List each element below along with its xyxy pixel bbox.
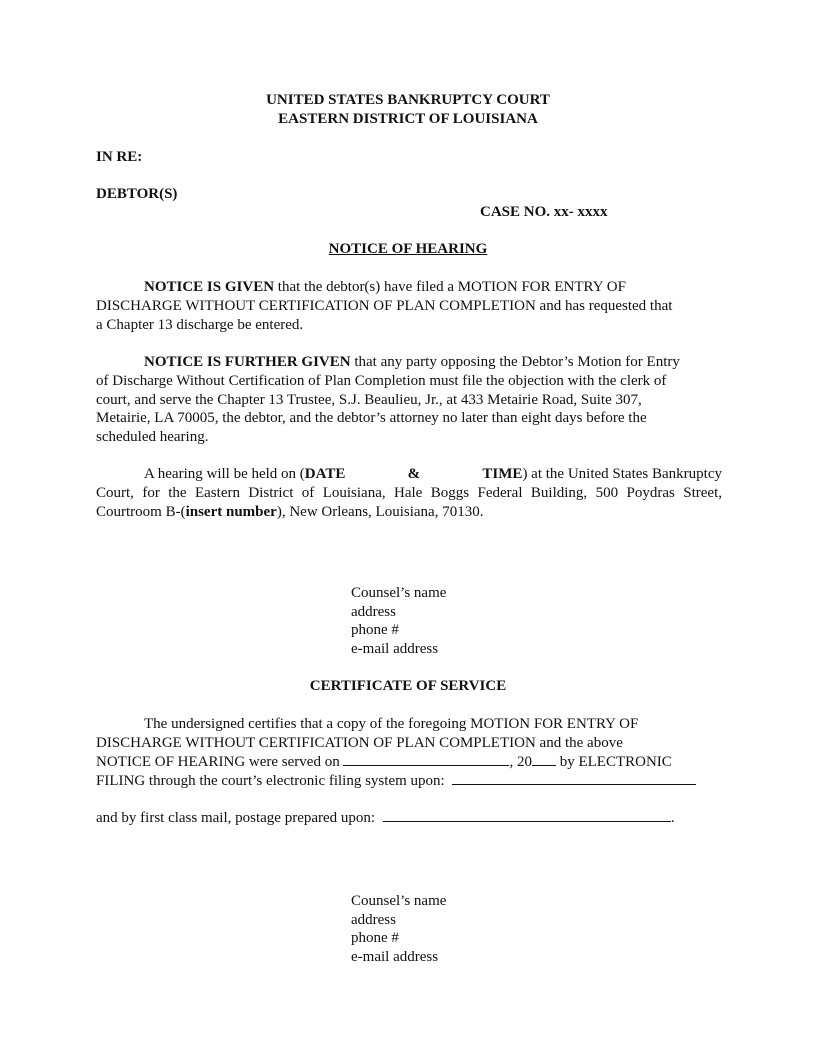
certificate-line1: The undersigned certifies that a copy of… [144,715,638,734]
signature1-counsel-name: Counsel’s name [351,584,446,603]
notice-para1-line3: a Chapter 13 discharge be entered. [96,316,303,335]
debtors-label: DEBTOR(S) [96,186,177,203]
certificate-title: CERTIFICATE OF SERVICE [0,678,816,695]
court-name: UNITED STATES BANKRUPTCY COURT [0,92,816,109]
signature1-address: address [351,603,396,622]
notice-para2-line2: of Discharge Without Certification of Pl… [96,372,666,391]
case-number: CASE NO. xx- xxxx [480,204,608,221]
notice-given-lead: NOTICE IS GIVEN [144,279,274,295]
district-name: EASTERN DISTRICT OF LOUISIANA [0,111,816,128]
text: that any party opposing the Debtor’s Mot… [351,354,680,370]
signature2-counsel-name: Counsel’s name [351,892,446,911]
in-re-label: IN RE: [96,149,142,166]
notice-para2-line3: court, and serve the Chapter 13 Trustee,… [96,391,642,410]
text: that the debtor(s) have filed a MOTION F… [274,279,626,295]
signature1-phone: phone # [351,621,399,640]
notice-title: NOTICE OF HEARING [0,241,816,258]
certificate-line3: NOTICE OF HEARING were served on , 20 by… [96,753,672,772]
notice-para1-line1: NOTICE IS GIVEN that the debtor(s) have … [144,278,626,297]
notice-para1-line2: DISCHARGE WITHOUT CERTIFICATION OF PLAN … [96,297,672,316]
electronic-filing-recipients-blank[interactable] [452,783,696,785]
certificate-line5: and by first class mail, postage prepare… [96,809,675,828]
notice-para2-line5: scheduled hearing. [96,428,208,447]
text: TIME) at the United States Bankruptcy [482,465,722,484]
ampersand: & [408,465,421,484]
notice-para2-line4: Metairie, LA 70005, the debtor, and the … [96,409,647,428]
notice-para2-line1: NOTICE IS FURTHER GIVEN that any party o… [144,353,680,372]
hearing-para-line2: Court, for the Eastern District of Louis… [96,484,722,503]
signature2-email: e-mail address [351,948,438,967]
hearing-para-line3: Courtroom B-(insert number), New Orleans… [96,503,483,522]
signature2-address: address [351,911,396,930]
time-placeholder: TIME [482,466,522,482]
signature2-phone: phone # [351,929,399,948]
certificate-line2: DISCHARGE WITHOUT CERTIFICATION OF PLAN … [96,734,623,753]
certificate-line4: FILING through the court’s electronic fi… [96,772,696,791]
hearing-para-line1: A hearing will be held on (DATE & TIME) … [144,465,722,484]
date-placeholder: DATE [305,466,346,482]
year-blank[interactable] [532,764,556,766]
insert-number-placeholder: insert number [186,504,277,520]
signature1-email: e-mail address [351,640,438,659]
text: A hearing will be held on (DATE [144,465,345,484]
further-given-lead: NOTICE IS FURTHER GIVEN [144,354,351,370]
mail-recipients-blank[interactable] [383,820,671,822]
served-date-blank[interactable] [343,764,509,766]
